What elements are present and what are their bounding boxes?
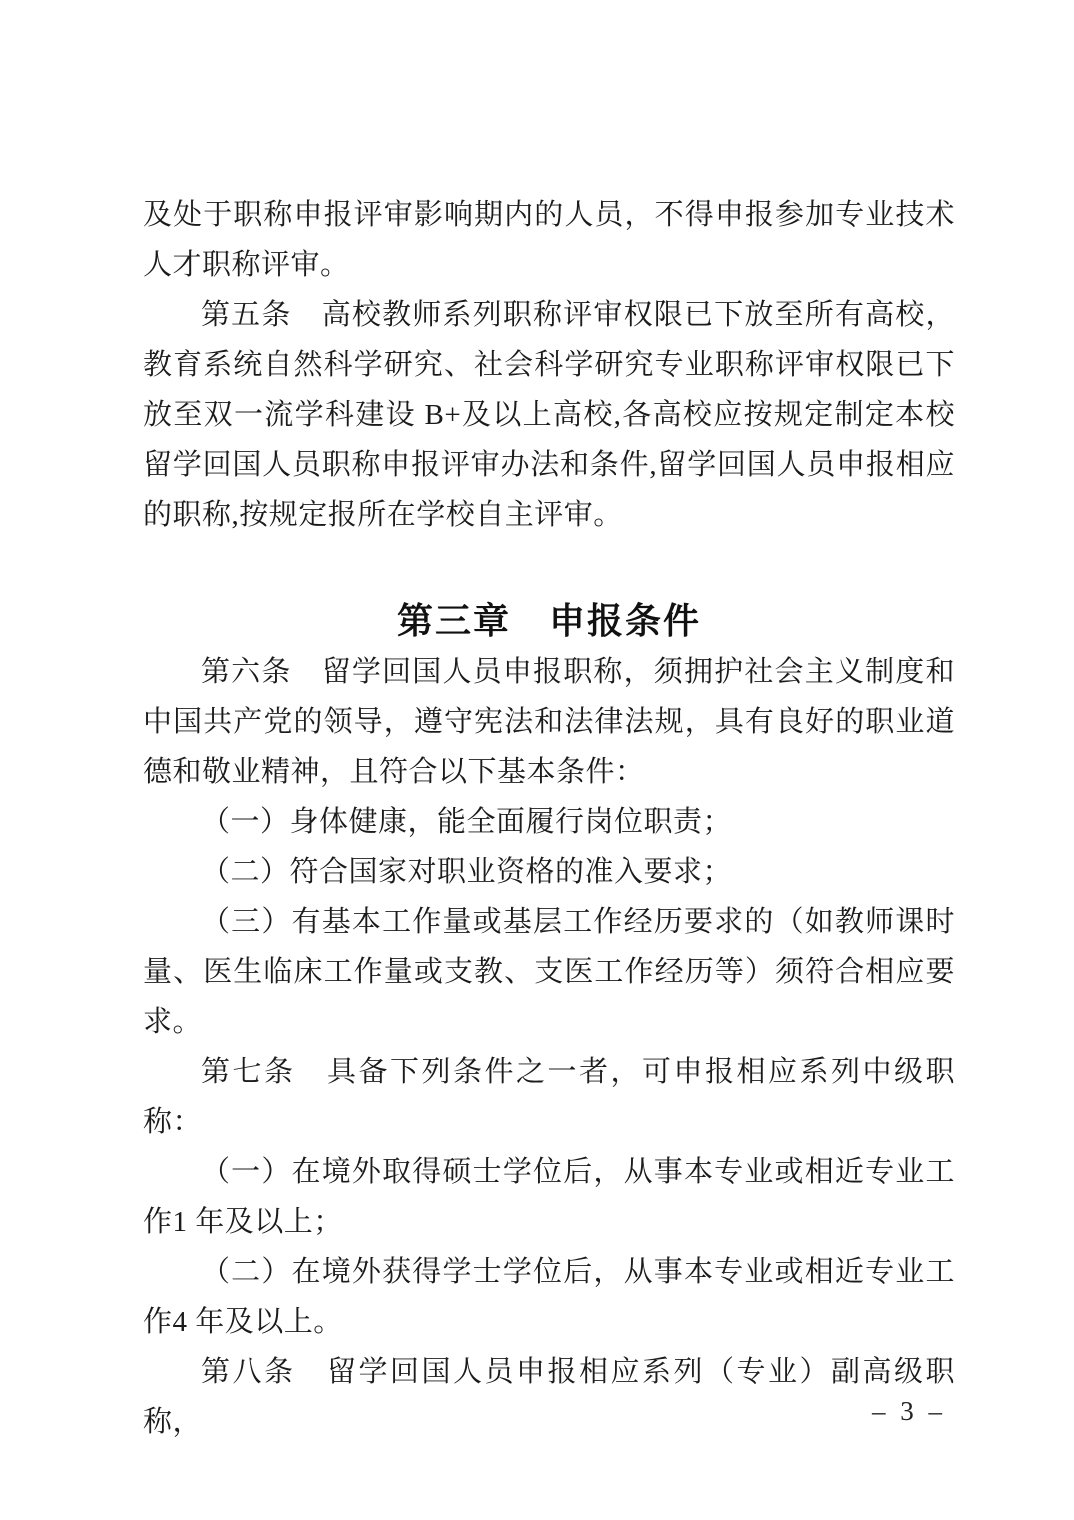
article-7-item-1: （一）在境外取得硕士学位后，从事本专业或相近专业工作1 年及以上； — [143, 1147, 955, 1247]
document-body: 及处于职称申报评审影响期内的人员，不得申报参加专业技术人才职称评审。 第五条 高… — [143, 190, 955, 1447]
paragraph-article-6-intro: 第六条 留学回国人员申报职称，须拥护社会主义制度和中国共产党的领导，遵守宪法和法… — [143, 647, 955, 797]
paragraph-article-7-intro: 第七条 具备下列条件之一者，可申报相应系列中级职称： — [143, 1047, 955, 1147]
article-7-item-2: （二）在境外获得学士学位后，从事本专业或相近专业工作4 年及以上。 — [143, 1247, 955, 1347]
chapter-3-heading: 第三章 申报条件 — [143, 598, 955, 644]
article-6-item-2: （二）符合国家对职业资格的准入要求； — [143, 847, 955, 897]
paragraph-article-8-opening: 第八条 留学回国人员申报相应系列（专业）副高级职称， — [143, 1347, 955, 1447]
paragraph-continuation: 及处于职称申报评审影响期内的人员，不得申报参加专业技术人才职称评审。 — [143, 190, 955, 290]
article-6-item-1: （一）身体健康，能全面履行岗位职责； — [143, 797, 955, 847]
document-page: 及处于职称申报评审影响期内的人员，不得申报参加专业技术人才职称评审。 第五条 高… — [0, 0, 1074, 1520]
page-number: – 3 – — [872, 1396, 946, 1427]
paragraph-article-5: 第五条 高校教师系列职称评审权限已下放至所有高校，教育系统自然科学研究、社会科学… — [143, 290, 955, 540]
article-6-item-3: （三）有基本工作量或基层工作经历要求的（如教师课时量、医生临床工作量或支教、支医… — [143, 897, 955, 1047]
